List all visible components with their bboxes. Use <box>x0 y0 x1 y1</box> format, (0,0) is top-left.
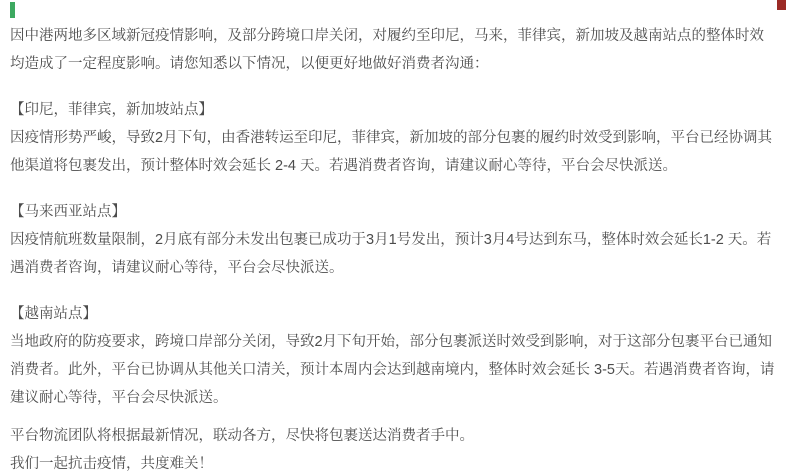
closing-line-slogan: 我们一起抗击疫情，共度难关！ <box>10 450 776 475</box>
notice-document: 因中港两地多区域新冠疫情影响，及部分跨境口岸关闭，对履约至印尼，马来，菲律宾，新… <box>0 2 786 475</box>
section-body: 因疫情形势严峻，导致2月下旬，由香港转运至印尼，菲律宾，新加坡的部分包裹的履约时… <box>10 124 776 180</box>
section-title: 【印尼，菲律宾，新加坡站点】 <box>10 96 776 124</box>
section-malaysia: 【马来西亚站点】 因疫情航班数量限制，2月底有部分未发出包裹已成功于3月1号发出… <box>10 198 776 282</box>
intro-paragraph: 因中港两地多区域新冠疫情影响，及部分跨境口岸关闭，对履约至印尼，马来，菲律宾，新… <box>10 22 776 78</box>
section-indonesia-philippines-singapore: 【印尼，菲律宾，新加坡站点】 因疫情形势严峻，导致2月下旬，由香港转运至印尼，菲… <box>10 96 776 180</box>
closing-line-logistics: 平台物流团队将根据最新情况，联动各方，尽快将包裹送达消费者手中。 <box>10 422 776 450</box>
green-caret-marker <box>10 2 15 18</box>
red-corner-mark <box>777 0 786 10</box>
section-vietnam: 【越南站点】 当地政府的防疫要求，跨境口岸部分关闭，导致2月下旬开始，部分包裹派… <box>10 300 776 412</box>
section-body: 因疫情航班数量限制，2月底有部分未发出包裹已成功于3月1号发出，预计3月4号达到… <box>10 226 776 282</box>
section-title: 【越南站点】 <box>10 300 776 328</box>
section-title: 【马来西亚站点】 <box>10 198 776 226</box>
closing-block: 平台物流团队将根据最新情况，联动各方，尽快将包裹送达消费者手中。 我们一起抗击疫… <box>10 422 776 475</box>
section-body: 当地政府的防疫要求，跨境口岸部分关闭，导致2月下旬开始，部分包裹派送时效受到影响… <box>10 328 776 412</box>
